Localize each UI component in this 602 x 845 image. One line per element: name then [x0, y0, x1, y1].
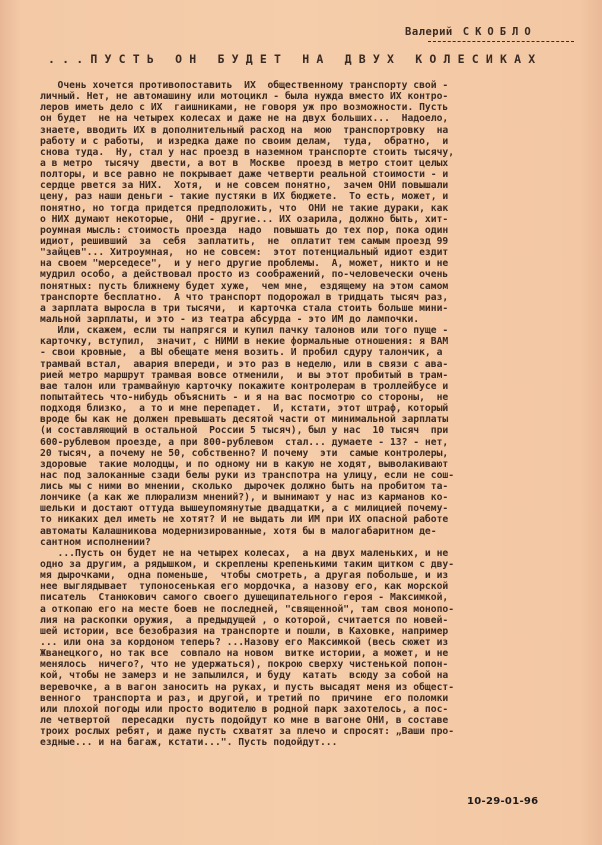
text-line: снова туда. Ну, стал у нас проезд в назе… — [40, 147, 588, 158]
handwritten-date: 10-29-01-96 — [467, 796, 538, 807]
text-line: (и составляющий в остальной России 5 тыс… — [40, 425, 588, 436]
text-line: Очень хочется противопоставить ИХ общест… — [40, 80, 588, 91]
text-line: идиот, решивший за себя заплатить, не оп… — [40, 236, 588, 247]
text-line: ...Пусть он будет не на четырех колесах,… — [40, 548, 588, 559]
text-line: сантном исполнении? — [40, 537, 588, 548]
text-line: веревочке, а в вагон заносить на руках, … — [40, 682, 588, 693]
text-line: леров иметь дело с ИХ гаишниками, не гов… — [40, 102, 588, 113]
text-line: трамвай встал, авария впереди, и это раз… — [40, 359, 588, 370]
text-line: "зайцев"... Хитроумная, но не совсем: эт… — [40, 247, 588, 258]
text-line: шей истории, все безобразия на транспорт… — [40, 626, 588, 637]
text-line: личный. Нет, не автомашину или мотоцикл … — [40, 91, 588, 102]
text-line: о НИХ думают некоторые, ОНИ - другие... … — [40, 214, 588, 225]
text-line: а в метро тысячу двести, а вот в Москве … — [40, 158, 588, 169]
text-line: автоматы Калашникова модернизированные, … — [40, 526, 588, 537]
text-line: вае талон или трамвайную карточку покажи… — [40, 381, 588, 392]
text-line: понятно, но тогда придется предположить,… — [40, 203, 588, 214]
author-underline — [428, 41, 574, 42]
text-line: кой, чтобы не замерз и не запылился, и б… — [40, 670, 588, 681]
text-line: знаете, вводить ИХ в дополнительный расх… — [40, 125, 588, 136]
text-line: 600-рублевом проезде, а при 800-рублевом… — [40, 437, 588, 448]
article-title: ...ПУСТЬ ОН БУДЕТ НА ДВУХ КОЛЕСИКАХ — [48, 52, 542, 66]
text-line: понятных: пусть ближнему будет хуже, чем… — [40, 281, 588, 292]
text-line: лись мы с ними во мнении, сколько дыроче… — [40, 481, 588, 492]
text-line: ле четвертой пересадки пусть подойдут ко… — [40, 715, 588, 726]
text-line: Жванецкого, но так все совпало на новом … — [40, 648, 588, 659]
text-line: рией метро маршрут трамвая вовсе отменил… — [40, 370, 588, 381]
text-line: одно за другим, а рядышком, и скреплены … — [40, 559, 588, 570]
text-line: ездные... и на багаж, кстати...". Пусть … — [40, 737, 588, 748]
text-line: работу и с работы, и изредка даже по сво… — [40, 136, 588, 147]
text-line: полторы, и все равно не покрывает даже ч… — [40, 169, 588, 180]
text-line: лия на раскопки оружия, а предыдущей , о… — [40, 615, 588, 626]
text-line: подходя близко, а то и мне перепадет. И,… — [40, 403, 588, 414]
text-line: троих рослых ребят, и даже пусть схватят… — [40, 726, 588, 737]
text-line: - свои кровные, а ВЫ обещате меня возить… — [40, 347, 588, 358]
text-line: а откопаю его на месте боев не последней… — [40, 604, 588, 615]
text-line: а зарплата выросла в три тысячи, и карто… — [40, 303, 588, 314]
text-line: на своем "мерседесе", и у него другие пр… — [40, 258, 588, 269]
text-line: лончике (а как же плюрализм мнений?), и … — [40, 492, 588, 503]
text-line: венного транспорта и раз, и другой, и тр… — [40, 693, 588, 704]
text-line: шельки и достают оттуда вышеупомянутые д… — [40, 503, 588, 514]
text-line: мальной зарплаты, и это - из театра абсу… — [40, 314, 588, 325]
text-line: нас под залоканные сзади белы руки из тр… — [40, 470, 588, 481]
text-line: или плохой погоды или просто водителю в … — [40, 704, 588, 715]
text-line: ... или она за кордоном теперь? ...Назов… — [40, 637, 588, 648]
text-line: мудрил особо, а действовал просто из соо… — [40, 269, 588, 280]
text-line: мя дырочками, одна поменьше, чтобы смотр… — [40, 570, 588, 581]
text-line: он будет не на четырех колесах и даже не… — [40, 113, 588, 124]
document-page: ВалерийСКОБЛО ...ПУСТЬ ОН БУДЕТ НА ДВУХ … — [0, 0, 602, 845]
text-line: 20 тысяч, а почему не 50, собственно? И … — [40, 448, 588, 459]
text-line: транспорте бесплатно. А что транспорт по… — [40, 292, 588, 303]
text-line: попытайтесь что-нибудь объяснить - и я н… — [40, 392, 588, 403]
author-first-name: Валерий — [405, 26, 453, 38]
text-line: сердце рвется за НИХ. Хотя, и не совсем … — [40, 180, 588, 191]
text-line: менялось ничего?, что не удержаться), по… — [40, 659, 588, 670]
text-line: писатель Станюкович самого своего душещи… — [40, 592, 588, 603]
author-byline: ВалерийСКОБЛО — [405, 26, 537, 38]
text-line: нее выглядывает тупоносенькая его мордоч… — [40, 581, 588, 592]
text-line: то никаких дел иметь не хотят? И не выда… — [40, 514, 588, 525]
text-line: Или, скажем, если ты напрягся и купил па… — [40, 325, 588, 336]
text-line: карточку, вступил, значит, с НИМИ в неки… — [40, 336, 588, 347]
text-line: вроде бы как не должен превышать десятой… — [40, 414, 588, 425]
article-body: Очень хочется противопоставить ИХ общест… — [40, 80, 588, 748]
author-surname: СКОБЛО — [463, 26, 537, 38]
text-line: роумная мысль: стоимость проезда надо по… — [40, 225, 588, 236]
text-line: цену, раз наши деньги - такие пустяки в … — [40, 191, 588, 202]
text-line: здоровые такие молодцы, и по одному ни в… — [40, 459, 588, 470]
